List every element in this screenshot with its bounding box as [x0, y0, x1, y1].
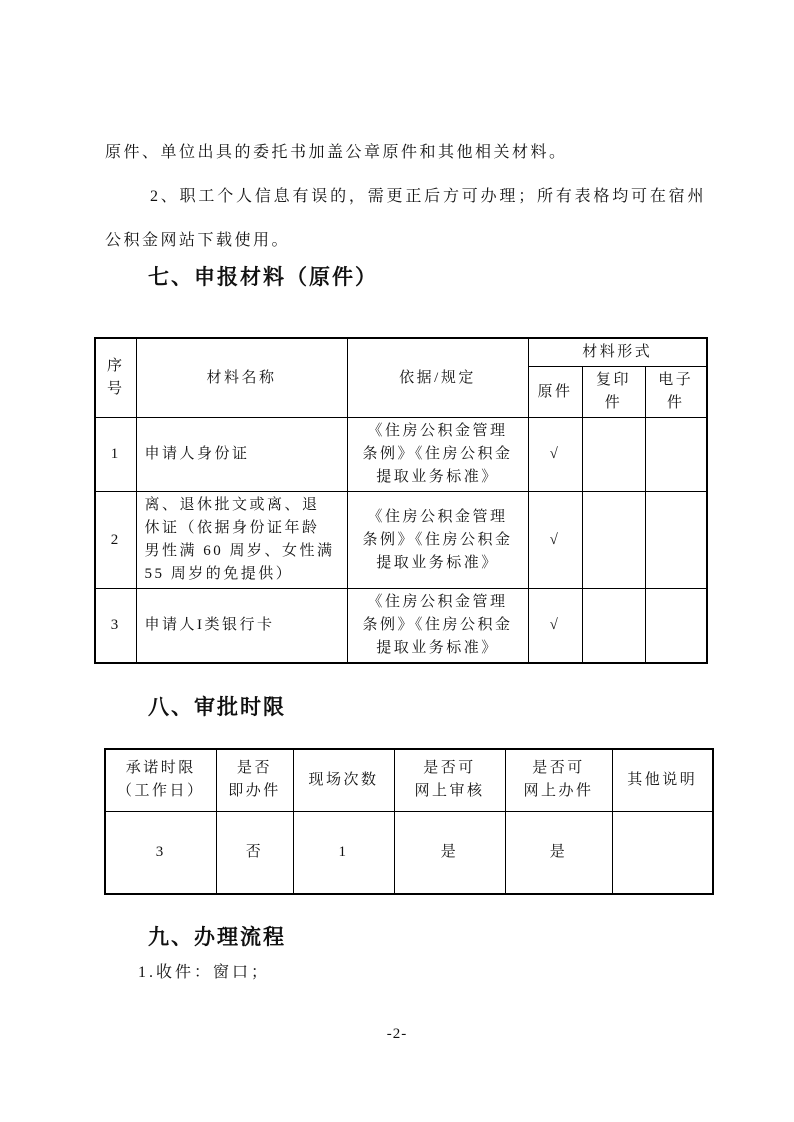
section-9-title: 九、办理流程 [148, 925, 794, 951]
cell-basis: 《住房公积金管理 条例》《住房公积金 提取业务标准》 [347, 418, 528, 492]
document-page: 原件、单位出具的委托书加盖公章原件和其他相关材料。 2、职工个人信息有误的，需更… [0, 0, 794, 1122]
cell-original-check: √ [528, 492, 582, 589]
approval-table: 承诺时限 （工作日） 是否 即办件 现场次数 是否可 网上审核 是否可 网上办件… [104, 748, 714, 895]
paragraph-note-2: 2、职工个人信息有误的，需更正后方可办理；所有表格均可在宿州公积金网站下载使用。 [105, 175, 706, 263]
process-step-1: 1.收件：窗口； [138, 958, 794, 988]
col-header-other-notes: 其他说明 [612, 749, 713, 811]
cell-seq: 1 [95, 418, 136, 492]
materials-row-1: 1 申请人身份证 《住房公积金管理 条例》《住房公积金 提取业务标准》 √ [95, 418, 707, 492]
col-header-original: 原件 [528, 367, 582, 418]
section-7-title: 七、申报材料（原件） [148, 265, 794, 291]
page-number: -2- [0, 1026, 794, 1043]
col-header-material-name: 材料名称 [136, 338, 347, 418]
paragraph-continuation: 原件、单位出具的委托书加盖公章原件和其他相关材料。 [105, 131, 706, 175]
col-header-form-group: 材料形式 [528, 338, 707, 367]
cell-material-name: 申请人I类银行卡 [136, 589, 347, 664]
cell-basis: 《住房公积金管理 条例》《住房公积金 提取业务标准》 [347, 492, 528, 589]
cell-original-check: √ [528, 418, 582, 492]
cell-seq: 3 [95, 589, 136, 664]
col-header-immediate: 是否 即办件 [216, 749, 293, 811]
materials-table: 序号 材料名称 依据/规定 材料形式 原件 复印 件 电子 件 1 申请人身份证… [94, 337, 708, 664]
cell-electronic-check [645, 492, 707, 589]
cell-electronic-check [645, 589, 707, 664]
cell-material-name: 离、退休批文或离、退 休证（依据身份证年龄 男性满 60 周岁、女性满 55 周… [136, 492, 347, 589]
cell-basis: 《住房公积金管理 条例》《住房公积金 提取业务标准》 [347, 589, 528, 664]
col-header-copy: 复印 件 [582, 367, 645, 418]
col-header-promise-limit: 承诺时限 （工作日） [105, 749, 216, 811]
cell-copy-check [582, 589, 645, 664]
cell-copy-check [582, 492, 645, 589]
section-8-title: 八、审批时限 [148, 695, 794, 721]
materials-row-3: 3 申请人I类银行卡 《住房公积金管理 条例》《住房公积金 提取业务标准》 √ [95, 589, 707, 664]
cell-copy-check [582, 418, 645, 492]
materials-row-2: 2 离、退休批文或离、退 休证（依据身份证年龄 男性满 60 周岁、女性满 55… [95, 492, 707, 589]
cell-original-check: √ [528, 589, 582, 664]
cell-immediate: 否 [216, 811, 293, 894]
col-header-site-visits: 现场次数 [293, 749, 394, 811]
cell-promise-limit: 3 [105, 811, 216, 894]
col-header-online-handle: 是否可 网上办件 [505, 749, 612, 811]
col-header-basis: 依据/规定 [347, 338, 528, 418]
cell-online-review: 是 [394, 811, 505, 894]
approval-data-row: 3 否 1 是 是 [105, 811, 713, 894]
cell-electronic-check [645, 418, 707, 492]
col-header-online-review: 是否可 网上审核 [394, 749, 505, 811]
col-header-electronic: 电子 件 [645, 367, 707, 418]
cell-seq: 2 [95, 492, 136, 589]
cell-other-notes [612, 811, 713, 894]
materials-header-row-1: 序号 材料名称 依据/规定 材料形式 [95, 338, 707, 367]
cell-site-visits: 1 [293, 811, 394, 894]
cell-online-handle: 是 [505, 811, 612, 894]
cell-material-name: 申请人身份证 [136, 418, 347, 492]
col-header-seq: 序号 [95, 338, 136, 418]
approval-header-row: 承诺时限 （工作日） 是否 即办件 现场次数 是否可 网上审核 是否可 网上办件… [105, 749, 713, 811]
